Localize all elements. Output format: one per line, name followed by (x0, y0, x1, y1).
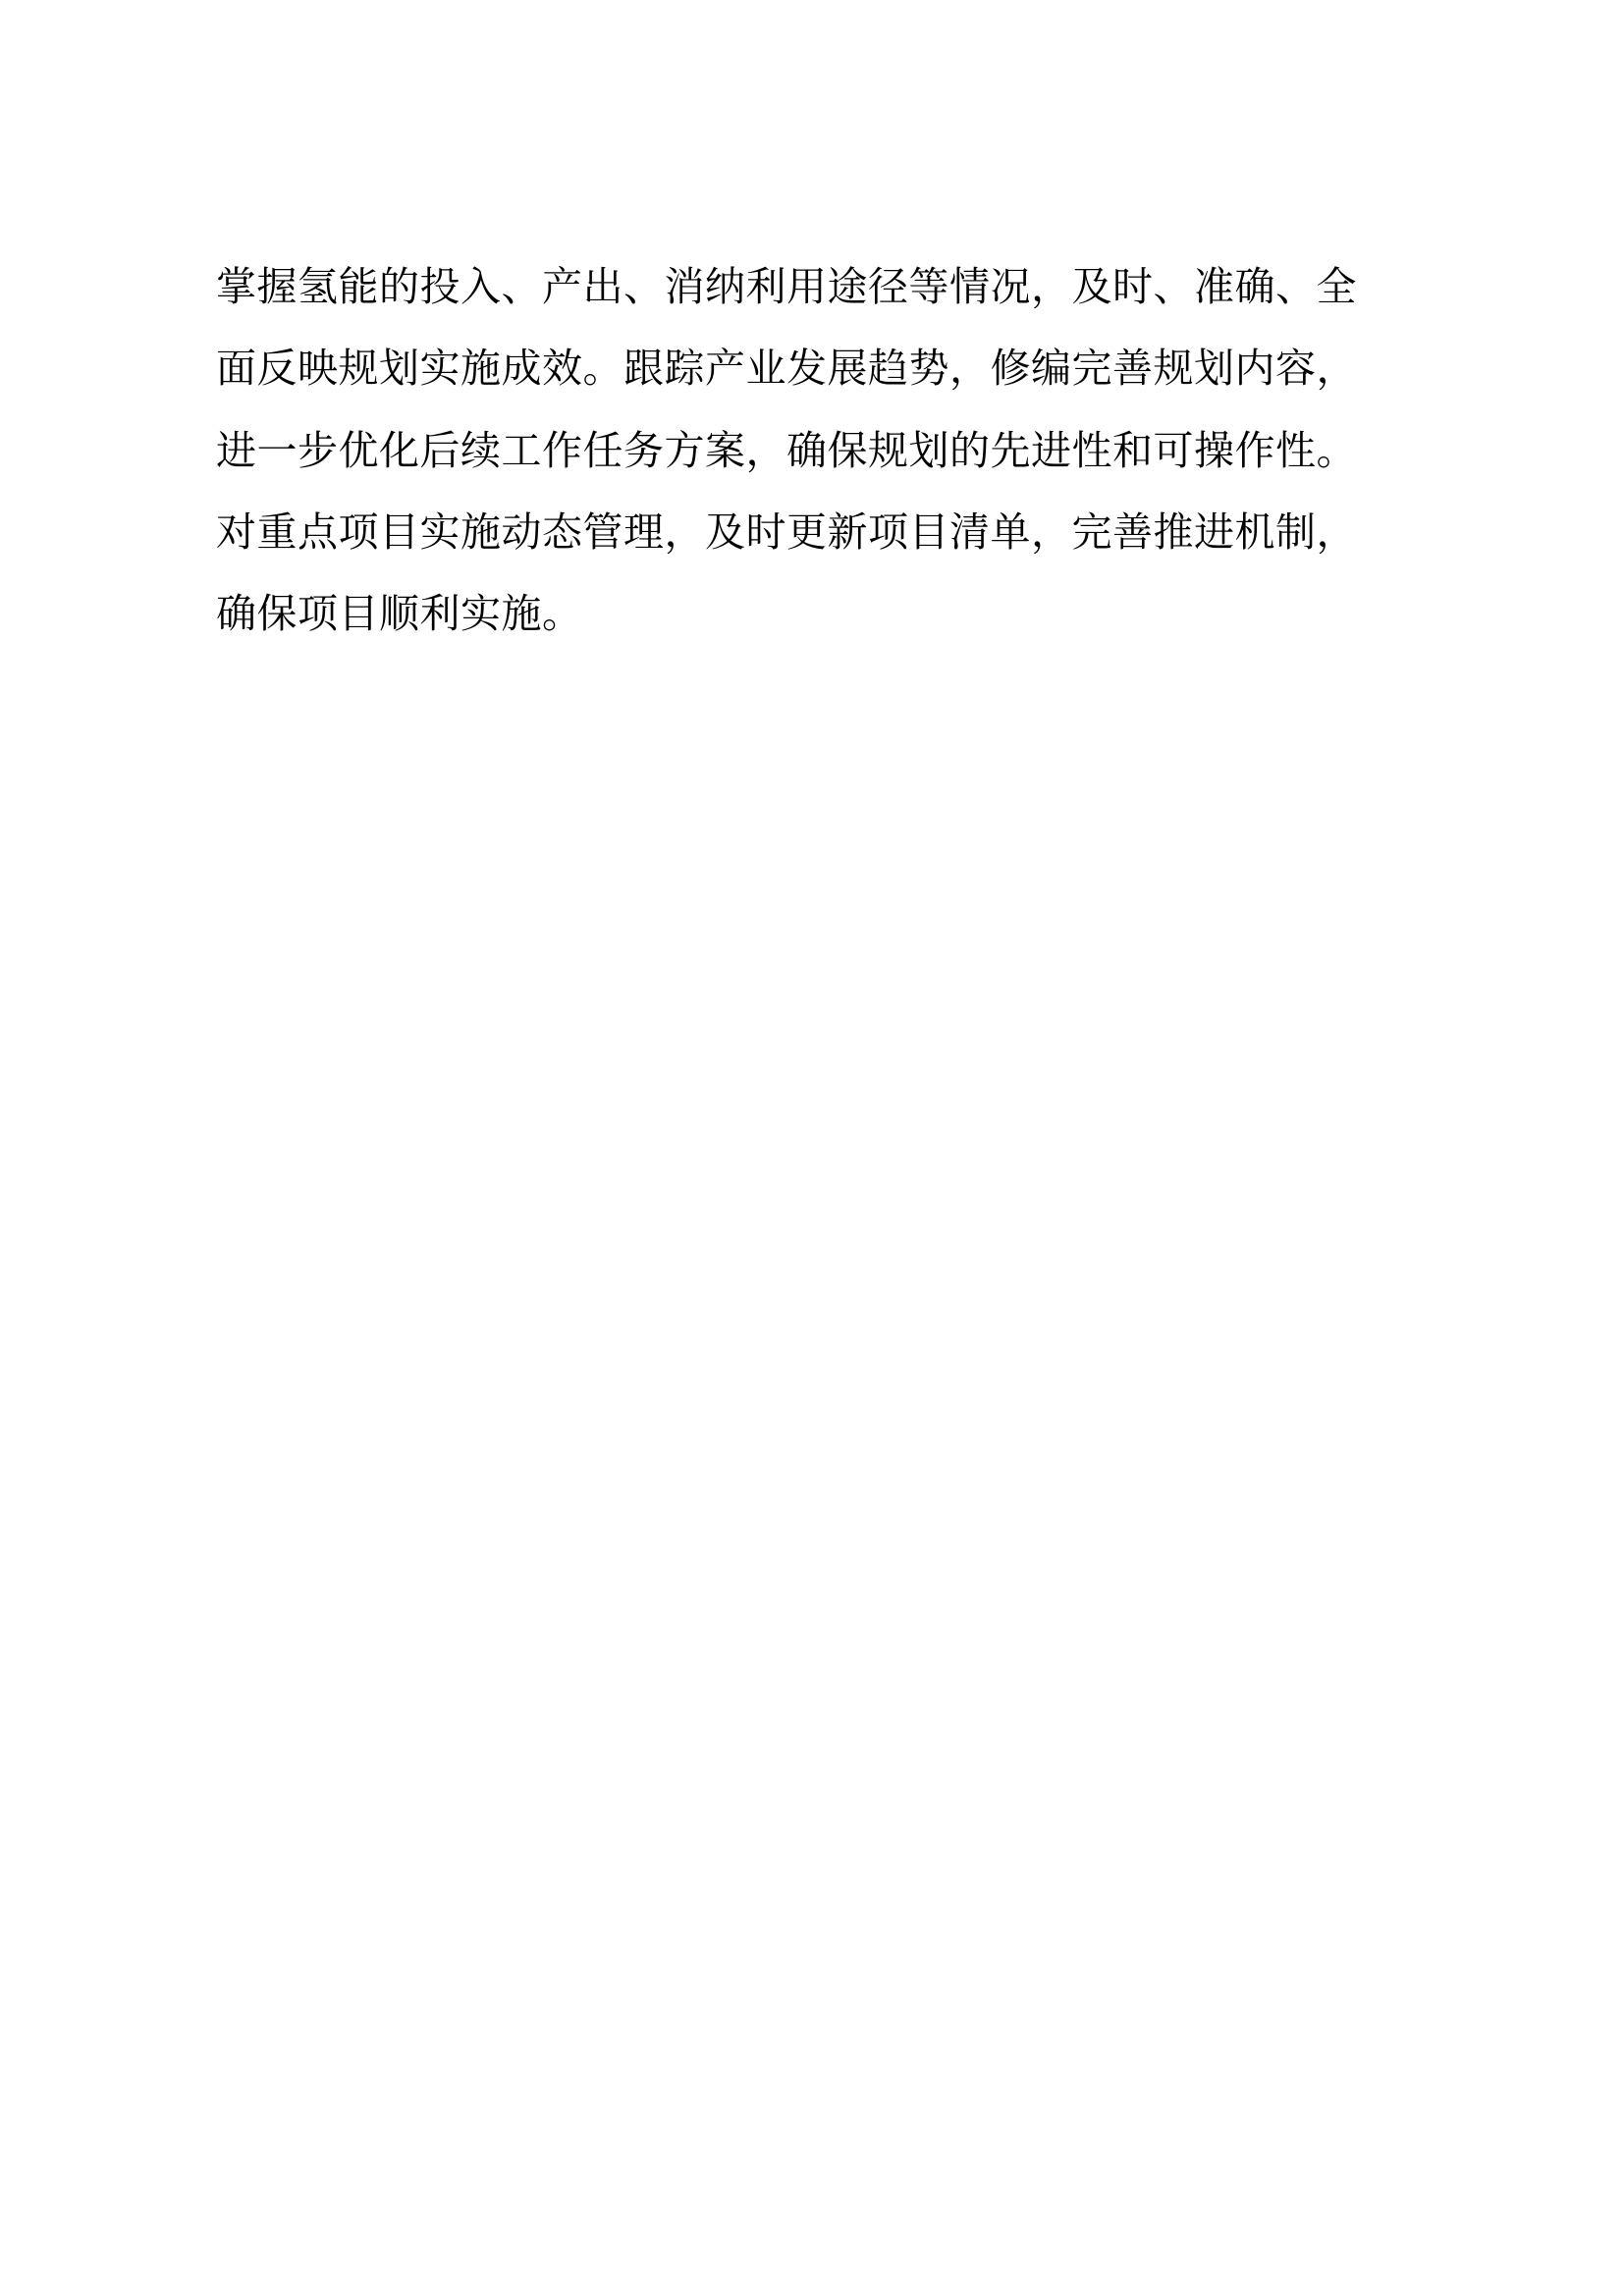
document-page: 掌握氢能的投入、产出、消纳利用途径等情况，及时、准确、全 面反映规划实施成效。跟… (0, 0, 1624, 2296)
paragraph-line-4: 对重点项目实施动态管理，及时更新项目清单，完善推进机制， (216, 503, 1434, 584)
paragraph-line-3: 进一步优化后续工作任务方案，确保规划的先进性和可操作性。 (216, 421, 1434, 503)
body-paragraph: 掌握氢能的投入、产出、消纳利用途径等情况，及时、准确、全 面反映规划实施成效。跟… (216, 257, 1434, 666)
paragraph-line-1: 掌握氢能的投入、产出、消纳利用途径等情况，及时、准确、全 (216, 257, 1434, 339)
paragraph-line-5: 确保项目顺利实施。 (216, 584, 1434, 666)
paragraph-line-2: 面反映规划实施成效。跟踪产业发展趋势，修编完善规划内容， (216, 339, 1434, 420)
